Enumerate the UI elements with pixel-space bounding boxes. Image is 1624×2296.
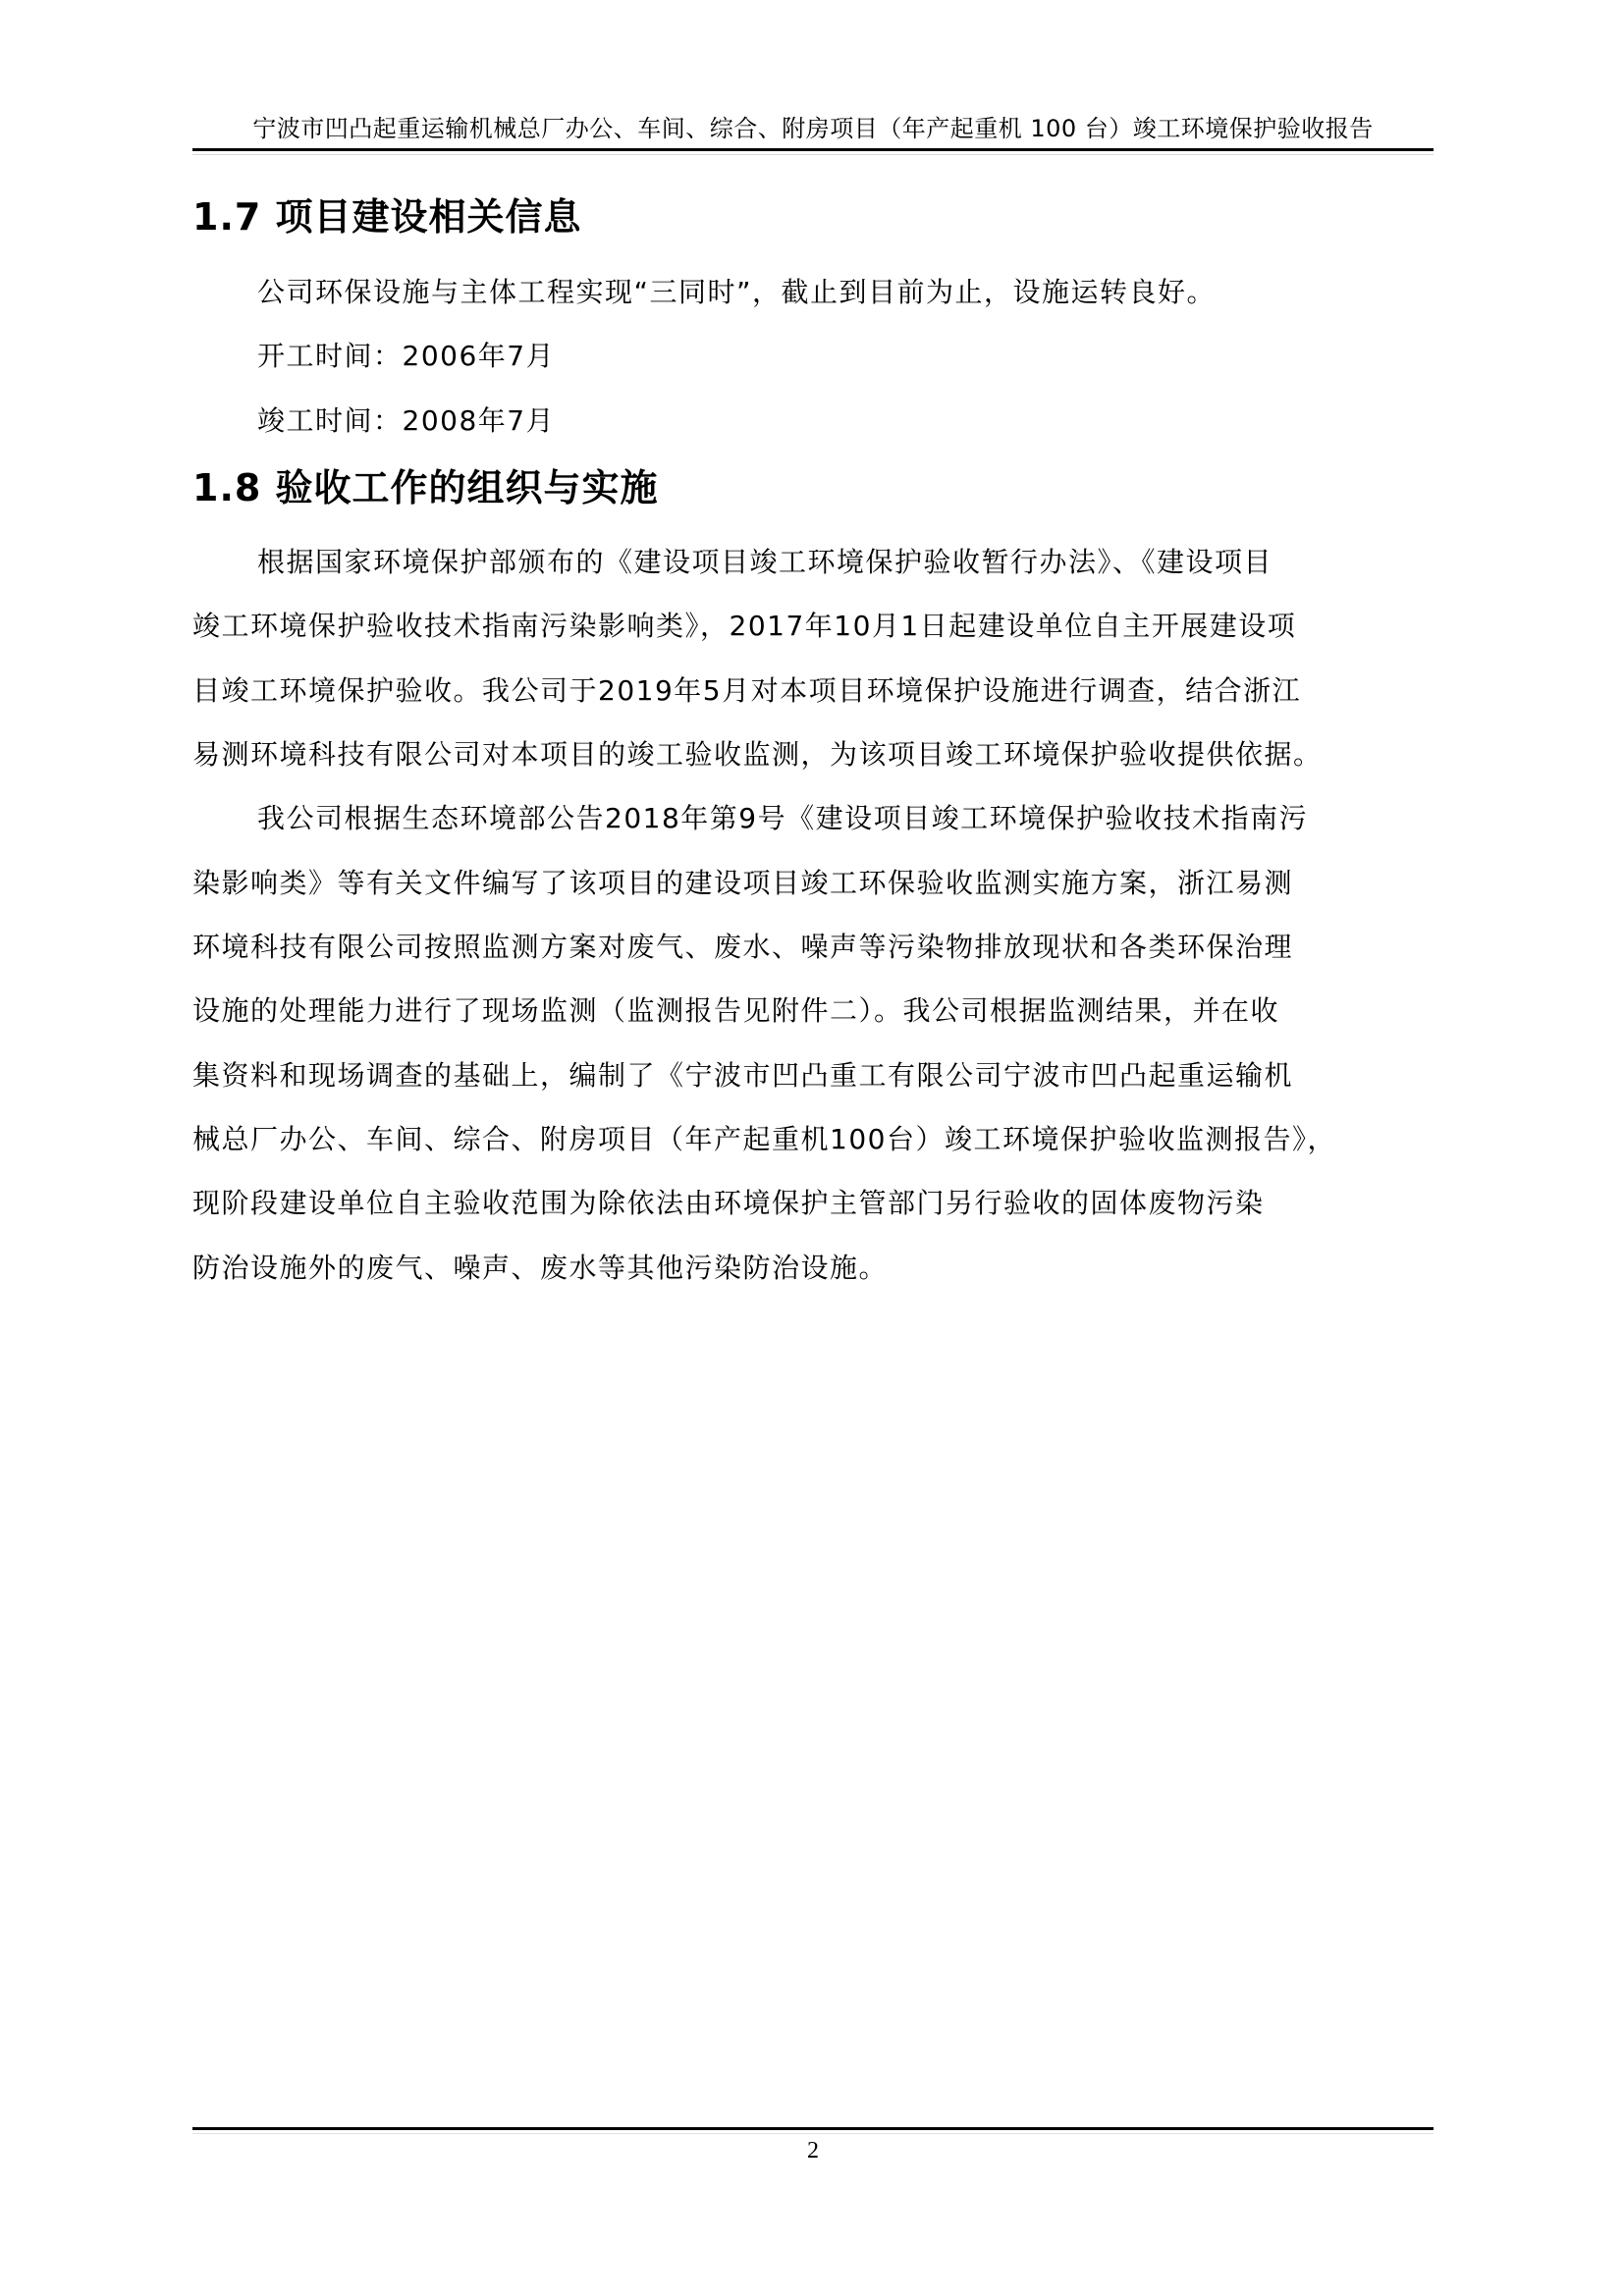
- page-number: 2: [192, 2136, 1434, 2165]
- start-date-line: 开工时间：2006年7月: [257, 339, 1498, 374]
- paragraph-line: 目竣工环境保护验收。我公司于2019年5月对本项目环境保护设施进行调查，结合浙江: [192, 673, 1434, 709]
- paragraph-line: 染影响类》等有关文件编写了该项目的建设项目竣工环保验收监测实施方案，浙江易测: [192, 866, 1434, 901]
- footer-divider-thin: [192, 2133, 1434, 2134]
- paragraph-line: 易测环境科技有限公司对本项目的竣工验收监测，为该项目竣工环境保护验收提供依据。: [192, 737, 1434, 773]
- paragraph-line: 环境科技有限公司按照监测方案对废气、废水、噪声等污染物排放现状和各类环保治理: [192, 930, 1434, 965]
- section-heading-1-7: 1.7 项目建设相关信息: [192, 194, 582, 240]
- paragraph-line: 防治设施外的废气、噪声、废水等其他污染防治设施。: [192, 1251, 1434, 1286]
- section-heading-1-8: 1.8 验收工作的组织与实施: [192, 465, 659, 510]
- paragraph-line: 设施的处理能力进行了现场监测（监测报告见附件二）。我公司根据监测结果，并在收: [192, 993, 1434, 1029]
- running-header-title: 宁波市凹凸起重运输机械总厂办公、车间、综合、附房项目（年产起重机 100 台）竣…: [192, 114, 1434, 143]
- paragraph-line: 械总厂办公、车间、综合、附房项目（年产起重机100台）竣工环境保护验收监测报告》…: [192, 1122, 1434, 1157]
- paragraph-line: 集资料和现场调查的基础上，编制了《宁波市凹凸重工有限公司宁波市凹凸起重运输机: [192, 1058, 1434, 1094]
- paragraph-line: 竣工环境保护验收技术指南污染影响类》，2017年10月1日起建设单位自主开展建设…: [192, 609, 1434, 644]
- paragraph-line: 现阶段建设单位自主验收范围为除依法由环境保护主管部门另行验收的固体废物污染: [192, 1186, 1434, 1221]
- paragraph-line: 根据国家环境保护部颁布的《建设项目竣工环境保护验收暂行办法》、《建设项目: [257, 545, 1434, 580]
- footer-divider: [192, 2127, 1434, 2130]
- completion-date-line: 竣工时间：2008年7月: [257, 403, 1498, 439]
- header-divider: [192, 148, 1434, 151]
- header-divider-thin: [192, 154, 1434, 155]
- paragraph-line: 我公司根据生态环境部公告2018年第9号《建设项目竣工环境保护验收技术指南污: [257, 801, 1434, 836]
- section-1-7-statement: 公司环保设施与主体工程实现“三同时”，截止到目前为止，设施运转良好。: [257, 275, 1498, 310]
